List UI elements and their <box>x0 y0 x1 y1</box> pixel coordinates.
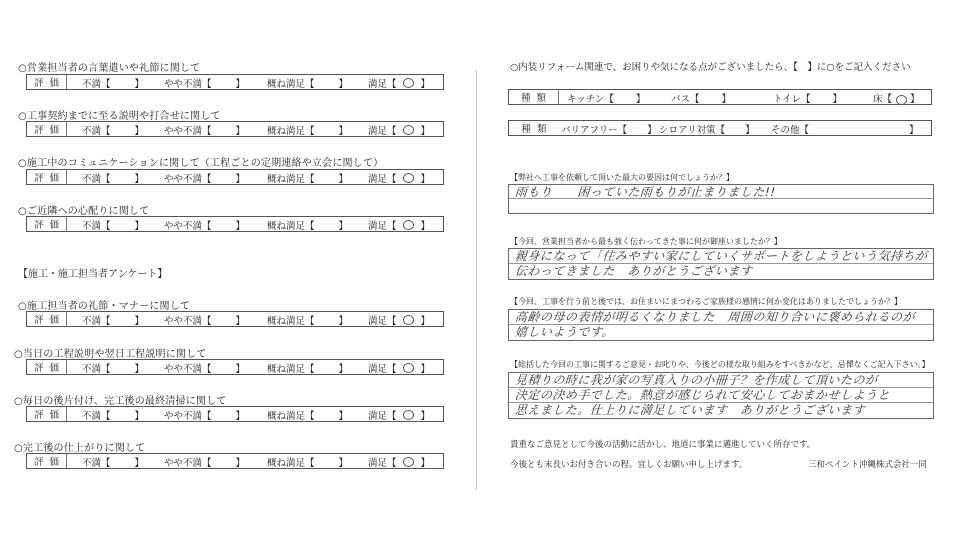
circle-mark-icon <box>403 125 414 135</box>
option-satisfied[interactable]: 満足【】 <box>368 361 430 375</box>
rating-header: 評価 <box>27 75 67 89</box>
handwritten-answer: 思えました。仕上りに満足しています ありがとうございます <box>514 401 865 418</box>
rating-row: 評価 不満【】 やや不満【】 概ね満足【】 満足【】 <box>26 169 444 185</box>
question-label: 【今回、工事を行う前と後では、お住まいにまつわるご家族様の感情に何か変化はありま… <box>510 296 902 307</box>
survey-page: ○営業担当者の言葉遣いや礼節に関して 評価 不満【】 やや不満【】 概ね満足【】… <box>0 0 960 540</box>
option-mostly-satisfied[interactable]: 概ね満足【】 <box>267 76 348 90</box>
option-barrier-free[interactable]: バリアフリー【】 <box>561 122 657 136</box>
question-label: 【総括した今回の工事に関するご意見・お叱りや、今後どの様な取り組みをすべきかなど… <box>510 359 930 370</box>
rating-header: 評価 <box>27 217 67 231</box>
closing-message-line-2: 今後とも末長いお付き合いの程、宜しくお願い申し上げます。 <box>510 458 747 470</box>
option-satisfied[interactable]: 満足【】 <box>368 313 430 327</box>
answer-field[interactable]: 雨もり 困っていた雨もりが止まりました!! <box>508 184 934 214</box>
rating-header: 評価 <box>27 360 67 374</box>
rating-row: 評価 不満【】 やや不満【】 概ね満足【】 満足【】 <box>26 406 444 422</box>
option-dissatisfied[interactable]: 不満【】 <box>82 313 144 327</box>
question-title: ○工事契約までに至る説明や打合せに関して <box>18 107 221 122</box>
option-mostly-satisfied[interactable]: 概ね満足【】 <box>267 218 348 232</box>
circle-mark-icon <box>403 220 414 230</box>
option-somewhat-dissatisfied[interactable]: やや不満【】 <box>164 76 245 90</box>
rating-header: 評価 <box>27 170 67 184</box>
option-mostly-satisfied[interactable]: 概ね満足【】 <box>267 171 348 185</box>
option-dissatisfied[interactable]: 不満【】 <box>82 76 144 90</box>
rating-header: 評価 <box>27 312 67 326</box>
option-mostly-satisfied[interactable]: 概ね満足【】 <box>267 313 348 327</box>
column-divider <box>476 70 477 490</box>
option-dissatisfied[interactable]: 不満【】 <box>82 361 144 375</box>
type-row-2: 種類 バリアフリー【】 シロアリ対策【】 その他【】 <box>508 120 932 136</box>
option-somewhat-dissatisfied[interactable]: やや不満【】 <box>164 123 245 137</box>
rating-row: 評価 不満【】 やや不満【】 概ね満足【】 満足【】 <box>26 216 444 232</box>
question-title: ○ご近隣への心配りに関して <box>18 202 149 217</box>
rating-header: 評価 <box>27 122 67 136</box>
option-mostly-satisfied[interactable]: 概ね満足【】 <box>267 361 348 375</box>
question-title: ○施工担当者の礼節・マナーに関して <box>18 297 190 312</box>
option-floor[interactable]: 床【】 <box>873 91 920 105</box>
option-satisfied[interactable]: 満足【】 <box>368 408 430 422</box>
option-mostly-satisfied[interactable]: 概ね満足【】 <box>267 408 348 422</box>
option-toilet[interactable]: トイレ【】 <box>773 91 842 105</box>
section-title: 【施工・施工担当者アンケート】 <box>18 265 167 280</box>
type-row-1: 種類 キッチン【】 バス【】 トイレ【】 床【】 <box>508 89 932 105</box>
option-kitchen[interactable]: キッチン【】 <box>567 91 645 105</box>
option-termite[interactable]: シロアリ対策【】 <box>659 122 755 136</box>
handwritten-answer: 伝わってきました ありがとうございます <box>514 262 753 279</box>
option-satisfied[interactable]: 満足【】 <box>368 171 430 185</box>
reform-question-title: ○内装リフォーム関連で、お困りや気になる点がございましたら、【 】に○をご記入く… <box>510 59 911 73</box>
option-somewhat-dissatisfied[interactable]: やや不満【】 <box>164 218 245 232</box>
circle-mark-icon <box>403 173 414 183</box>
question-label: 【今回、営業担当者から最も強く伝わってきた事に何が御座いましたか？】 <box>510 236 782 247</box>
rating-row: 評価 不満【】 やや不満【】 概ね満足【】 満足【】 <box>26 121 444 137</box>
option-dissatisfied[interactable]: 不満【】 <box>82 123 144 137</box>
option-dissatisfied[interactable]: 不満【】 <box>82 408 144 422</box>
question-label: 【弊社へ工事を依頼して頂いた最大の要因は何でしょうか？】 <box>510 172 734 183</box>
question-title: ○完工後の仕上がりに関して <box>14 439 145 454</box>
closing-message-line-1: 貴重なご意見として今後の活動に活かし、地道に事業に邁進していく所存です。 <box>510 438 815 450</box>
option-mostly-satisfied[interactable]: 概ね満足【】 <box>267 455 348 469</box>
option-mostly-satisfied[interactable]: 概ね満足【】 <box>267 123 348 137</box>
rating-row: 評価 不満【】 やや不満【】 概ね満足【】 満足【】 <box>26 311 444 327</box>
answer-field[interactable]: 高齢の母の表情が明るくなりました 周囲の知り合いに褒められるのが 嬉しいようです… <box>508 309 934 341</box>
answer-field[interactable]: 親身になって「住みやすい家にしていくサポートをしようという気持ちが 伝わってきま… <box>508 248 934 280</box>
circle-mark-icon <box>403 457 414 467</box>
rating-row: 評価 不満【】 やや不満【】 概ね満足【】 満足【】 <box>26 359 444 375</box>
option-dissatisfied[interactable]: 不満【】 <box>82 455 144 469</box>
circle-mark-icon <box>403 78 414 88</box>
circle-mark-icon <box>403 363 414 373</box>
option-satisfied[interactable]: 満足【】 <box>368 218 430 232</box>
option-somewhat-dissatisfied[interactable]: やや不満【】 <box>164 361 245 375</box>
answer-field[interactable]: 見積りの時に我が家の写真入りの小冊子？を作成して頂いたのが 決定の決め手でした。… <box>508 372 934 419</box>
option-bath[interactable]: バス【】 <box>671 91 731 105</box>
option-satisfied[interactable]: 満足【】 <box>368 76 430 90</box>
circle-mark-icon <box>403 315 414 325</box>
question-title: ○施工中のコミュニケーションに関して（工程ごとの定期連絡や立会に関して） <box>18 154 383 169</box>
option-somewhat-dissatisfied[interactable]: やや不満【】 <box>164 455 245 469</box>
handwritten-answer: 雨もり 困っていた雨もりが止まりました!! <box>514 183 776 200</box>
option-somewhat-dissatisfied[interactable]: やや不満【】 <box>164 313 245 327</box>
option-dissatisfied[interactable]: 不満【】 <box>82 171 144 185</box>
circle-mark-icon <box>403 410 414 420</box>
circle-mark-icon <box>896 95 907 105</box>
question-title: ○毎日の後片付け、完工後の最終清掃に関して <box>14 392 227 407</box>
type-header: 種類 <box>509 121 559 135</box>
question-title: ○営業担当者の言葉遣いや礼節に関して <box>18 59 200 74</box>
handwritten-answer: 嬉しいようです。 <box>514 323 614 340</box>
rating-header: 評価 <box>27 454 67 468</box>
option-somewhat-dissatisfied[interactable]: やや不満【】 <box>164 171 245 185</box>
company-signature: 三和ペイント沖縄株式会社一同 <box>808 458 927 470</box>
rating-header: 評価 <box>27 407 67 421</box>
option-dissatisfied[interactable]: 不満【】 <box>82 218 144 232</box>
question-title: ○当日の工程説明や翌日工程説明に関して <box>14 345 207 360</box>
option-satisfied[interactable]: 満足【】 <box>368 455 430 469</box>
rating-row: 評価 不満【】 やや不満【】 概ね満足【】 満足【】 <box>26 74 444 90</box>
option-satisfied[interactable]: 満足【】 <box>368 123 430 137</box>
option-somewhat-dissatisfied[interactable]: やや不満【】 <box>164 408 245 422</box>
type-header: 種類 <box>509 90 559 104</box>
option-other[interactable]: その他【】 <box>771 122 919 136</box>
rating-row: 評価 不満【】 やや不満【】 概ね満足【】 満足【】 <box>26 453 444 469</box>
